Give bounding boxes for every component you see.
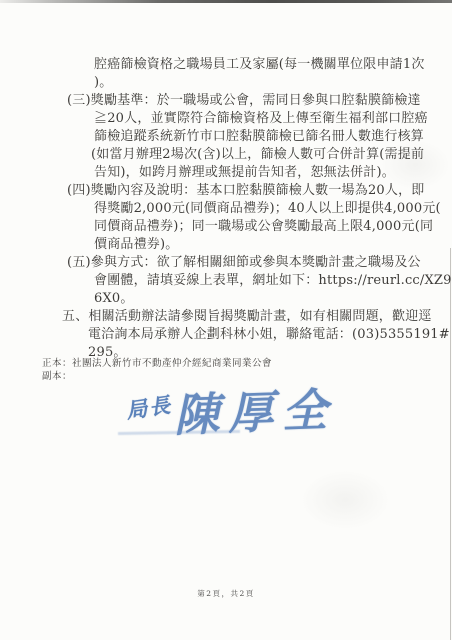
body-line: 6X0。 bbox=[94, 290, 452, 308]
document-body-text: 腔癌篩檢資格之職場員工及家屬(每一機關單位限申請1次)。(三)獎勵基準：於一職場… bbox=[0, 56, 452, 362]
scan-smudge bbox=[300, 470, 390, 530]
body-line: 五、相關活動辦法請參閱旨揭獎勵計畫，如有相關問題，歡迎逕 bbox=[62, 308, 452, 326]
body-line: (四)獎勵內容及說明：基本口腔黏膜篩檢人數一場為20人，即 bbox=[67, 182, 452, 200]
scanned-document-page: 腔癌篩檢資格之職場員工及家屬(每一機關單位限申請1次)。(三)獎勵基準：於一職場… bbox=[0, 0, 452, 640]
scan-edge-top bbox=[0, 0, 452, 3]
body-line: 篩檢追蹤系統新竹市口腔黏膜篩檢已篩名冊人數進行核算 bbox=[94, 128, 452, 146]
body-line: 電洽詢本局承辦人企劃科林小姐，聯絡電話：(03)5355191# bbox=[88, 326, 452, 344]
body-line: (如當月辦理2場次(含)以上，篩檢人數可合併計算(需提前 bbox=[91, 146, 452, 164]
body-line: 價商品禮券)。 bbox=[94, 236, 452, 254]
body-line: 會團體，請填妥線上表單，網址如下：https://reurl.cc/XZ9 bbox=[94, 272, 452, 290]
body-line: 同價商品禮券)；同一職場或公會獎勵最高上限4,000元(同 bbox=[94, 218, 452, 236]
page-number-footer: 第2頁，共2頁 bbox=[0, 588, 452, 599]
body-line: (三)獎勵基準：於一職場或公會，需同日參與口腔黏膜篩檢達 bbox=[67, 92, 452, 110]
original-recipient-line: 正本：社團法人新竹市不動產仲介經紀商業同業公會 bbox=[42, 357, 272, 370]
body-line: ≧20人，並實際符合篩檢資格及上傳至衛生福利部口腔癌 bbox=[94, 110, 452, 128]
body-line: 得獎勵2,000元(同價商品禮券)；40人以上即提供4,000元( bbox=[94, 200, 452, 218]
signature-title: 局長 bbox=[124, 389, 174, 425]
body-line: 腔癌篩檢資格之職場員工及家屬(每一機關單位限申請1次 bbox=[94, 56, 452, 74]
body-line: 告知)，如跨月辦理或無提前告知者，恕無法併計)。 bbox=[94, 164, 452, 182]
body-line: )。 bbox=[94, 74, 452, 92]
body-line: (五)參與方式：欲了解相關細節或參與本獎勵計畫之職場及公 bbox=[67, 254, 452, 272]
signature-block: 局長 陳厚全 bbox=[118, 378, 358, 458]
